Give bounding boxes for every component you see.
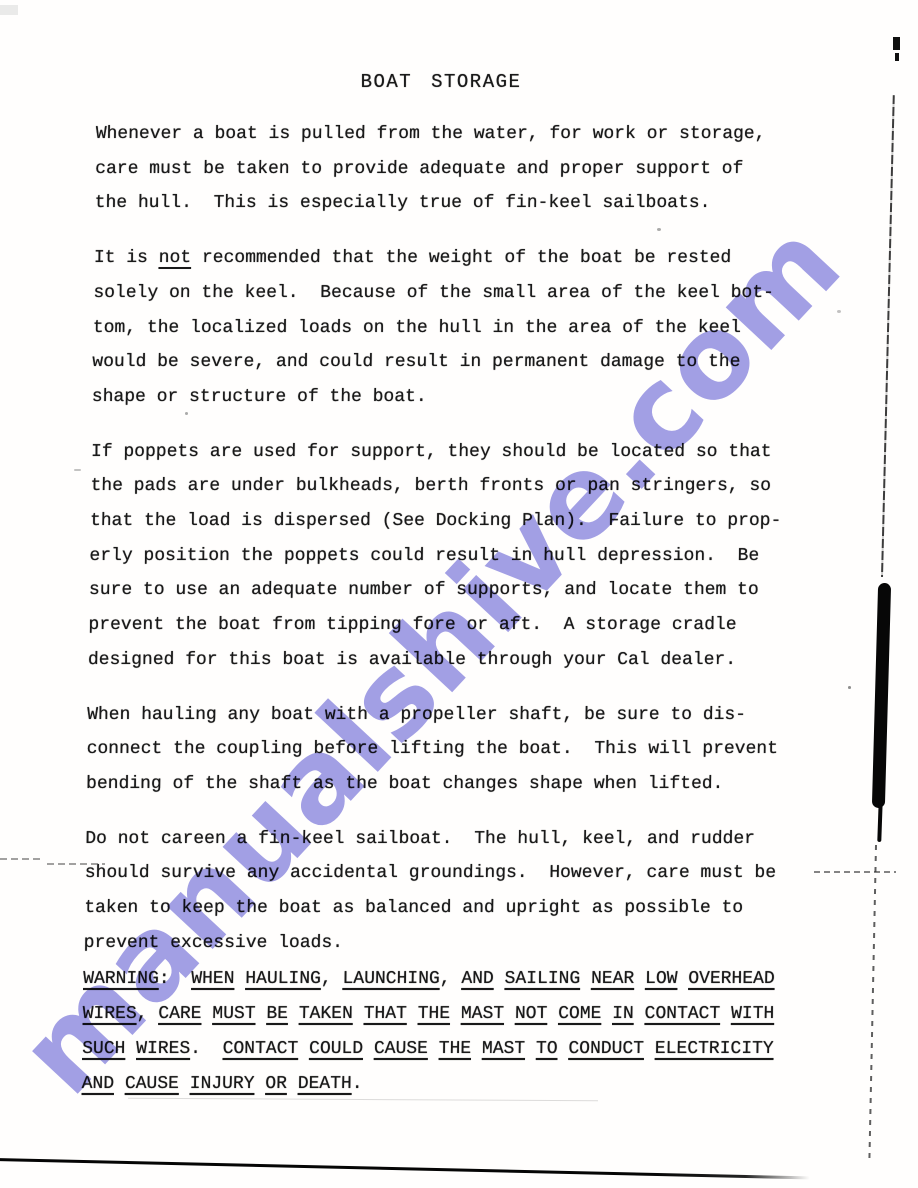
text-segment [147,1004,158,1024]
text-line: sure to use an adequate number of suppor… [89,573,830,608]
underlined-text: OVERHEAD [688,969,775,989]
text-segment [353,1004,364,1024]
underlined-text: CONDUCT [568,1039,644,1059]
underlined-text: MAST [482,1039,526,1059]
text-segment [634,1004,645,1024]
text-segment [450,969,461,989]
text-segment [428,1039,439,1059]
text-line: solely on the keel. Because of the small… [93,276,834,311]
text-segment [201,1039,223,1059]
text-segment [494,969,505,989]
text-line: would be severe, and could result in per… [92,345,833,380]
underlined-text: COULD [309,1039,363,1059]
underlined-text: MUST [212,1004,256,1024]
text-segment: that the load is dispersed (See Docking … [90,511,782,531]
underlined-text: HAULING [245,969,321,989]
text-line: If poppets are used for support, they sh… [91,435,832,470]
text-segment: , [440,969,451,989]
underlined-text: OR [265,1074,287,1094]
text-segment: designed for this boat is available thro… [88,650,736,670]
text-line: the pads are under bulkheads, berth fron… [90,469,831,504]
text-line: AND CAUSE INJURY OR DEATH. [81,1067,822,1102]
text-segment [179,1074,190,1094]
scan-bottom-edge-line [0,1158,810,1179]
paragraph: If poppets are used for support, they sh… [88,435,832,678]
text-line: prevent the boat from tipping fore or af… [88,608,829,643]
text-segment [677,969,688,989]
text-segment [332,969,343,989]
text-line: shape or structure of the boat. [92,380,833,415]
underlined-text: CAUSE [374,1039,428,1059]
text-line: bending of the shaft as the boat changes… [86,767,827,802]
paragraph: WARNING: WHEN HAULING, LAUNCHING, AND SA… [81,962,823,1101]
text-line: connect the coupling before lifting the … [86,732,827,767]
scan-right-edge-line-upper [881,95,895,577]
text-segment [644,1039,655,1059]
scan-smudge-top-left [0,5,18,15]
underlined-text: TO [536,1039,558,1059]
text-segment: erly position the poppets could result i… [89,546,759,566]
text-segment [525,1039,536,1059]
underlined-text: WITH [731,1004,775,1024]
text-segment: prevent excessive loads. [84,933,344,953]
underlined-text: NEAR [591,969,635,989]
text-segment: connect the coupling before lifting the … [86,739,778,759]
text-line: should survive any accidental groundings… [85,856,826,891]
text-segment [234,969,245,989]
text-segment: prevent the boat from tipping fore or af… [88,615,736,635]
text-segment: When hauling any boat with a propeller s… [87,705,746,725]
text-segment: Do not careen a fin-keel sailboat. The h… [85,829,755,849]
text-segment [288,1004,299,1024]
text-segment: , [321,969,332,989]
text-line: It is not recommended that the weight of… [94,241,835,276]
text-segment: sure to use an adequate number of suppor… [89,580,759,600]
text-segment [201,1004,212,1024]
scan-dashes-right [814,871,896,873]
text-segment [125,1039,136,1059]
scan-speck [837,310,841,313]
text-segment: care must be taken to provide adequate a… [95,159,743,179]
text-segment [720,1004,731,1024]
text-line: the hull. This is especially true of fin… [94,186,835,221]
scan-mark-top-right-dot [895,53,899,61]
scan-right-edge-line-lower [868,845,876,1163]
underlined-text: AND [461,969,494,989]
text-segment: the hull. This is especially true of fin… [95,193,711,213]
text-line: erly position the poppets could result i… [89,539,830,574]
text-segment: . [190,1039,201,1059]
text-line: Do not careen a fin-keel sailboat. The h… [85,822,826,857]
underlined-text: CONTACT [222,1039,298,1059]
underlined-text: CARE [158,1004,202,1024]
document-page: manualshive.com BOAT STORAGE Whenever a … [0,0,918,1188]
underlined-text: CAUSE [125,1074,179,1094]
text-line: taken to keep the boat as balanced and u… [84,891,825,926]
text-segment [450,1004,461,1024]
underlined-text: BE [266,1004,288,1024]
text-line: WARNING: WHEN HAULING, LAUNCHING, AND SA… [83,962,824,997]
text-line: tom, the localized loads on the hull in … [93,311,834,346]
text-segment: . [352,1074,363,1094]
underlined-text: INJURY [190,1074,255,1094]
text-line: care must be taken to provide adequate a… [95,152,836,187]
text-segment [298,1039,309,1059]
scan-mark-top-right [893,37,900,50]
paragraph: When hauling any boat with a propeller s… [86,698,828,802]
underlined-text: DEATH [298,1074,352,1094]
text-segment [504,1004,515,1024]
text-segment [634,969,645,989]
underlined-text: AND [82,1074,115,1094]
text-segment: bending of the shaft as the boat changes… [86,774,724,794]
text-line: that the load is dispersed (See Docking … [90,504,831,539]
underlined-text: ELECTRICITY [655,1039,774,1059]
text-line: WIRES, CARE MUST BE TAKEN THAT THE MAST … [82,997,823,1032]
text-segment: taken to keep the boat as balanced and u… [84,898,743,918]
page-title: BOAT STORAGE [0,71,882,93]
text-segment [471,1039,482,1059]
text-segment [255,1004,266,1024]
underlined-text: SAILING [504,969,580,989]
underlined-text: TAKEN [299,1004,353,1024]
paragraph: Do not careen a fin-keel sailboat. The h… [83,822,825,961]
text-segment: It is [94,248,159,268]
text-segment [287,1074,298,1094]
underlined-text: not [159,248,192,268]
text-line: prevent excessive loads. [83,926,824,961]
underlined-text: THE [418,1004,451,1024]
document-body: Whenever a boat is pulled from the water… [81,117,836,1121]
text-segment: shape or structure of the boat. [92,387,427,407]
underlined-text: SUCH [82,1039,126,1059]
underlined-text: CONTACT [644,1004,720,1024]
text-segment [169,969,191,989]
text-segment: the pads are under bulkheads, berth fron… [90,476,771,496]
text-segment [407,1004,418,1024]
text-segment: , [137,1004,148,1024]
text-line: Whenever a boat is pulled from the water… [95,117,836,152]
underlined-text: WARNING [83,969,159,989]
underlined-text: WHEN [191,969,235,989]
scan-dashes-left-a [0,858,40,860]
text-segment [557,1039,568,1059]
text-line: designed for this boat is available thro… [88,643,829,678]
underlined-text: WIRES [136,1039,190,1059]
underlined-text: LAUNCHING [342,969,440,989]
underlined-text: LOW [645,969,678,989]
underlined-text: IN [612,1004,634,1024]
text-segment [114,1074,125,1094]
paragraph: Whenever a boat is pulled from the water… [94,117,836,221]
underlined-text: WIRES [83,1004,137,1024]
text-line: SUCH WIRES. CONTACT COULD CAUSE THE MAST… [82,1032,823,1067]
scan-right-edge-blob-tail [877,800,882,842]
underlined-text: THE [439,1039,472,1059]
text-segment: tom, the localized loads on the hull in … [93,318,741,338]
text-segment: Whenever a boat is pulled from the water… [96,124,766,144]
scan-right-edge-blob [872,583,891,808]
underlined-text: COME [558,1004,602,1024]
text-segment [580,969,591,989]
text-segment: would be severe, and could result in per… [92,352,740,372]
text-segment: If poppets are used for support, they sh… [91,442,772,462]
text-segment: recommended that the weight of the boat … [191,248,731,268]
text-segment [254,1074,265,1094]
text-segment [363,1039,374,1059]
underlined-text: THAT [363,1004,407,1024]
text-segment: solely on the keel. Because of the small… [93,283,774,303]
scan-speck [74,469,81,471]
underlined-text: MAST [461,1004,505,1024]
text-line: When hauling any boat with a propeller s… [87,698,828,733]
text-segment: should survive any accidental groundings… [85,863,777,883]
paragraph: It is not recommended that the weight of… [92,241,835,415]
scan-speck [848,686,851,689]
underlined-text: NOT [515,1004,548,1024]
